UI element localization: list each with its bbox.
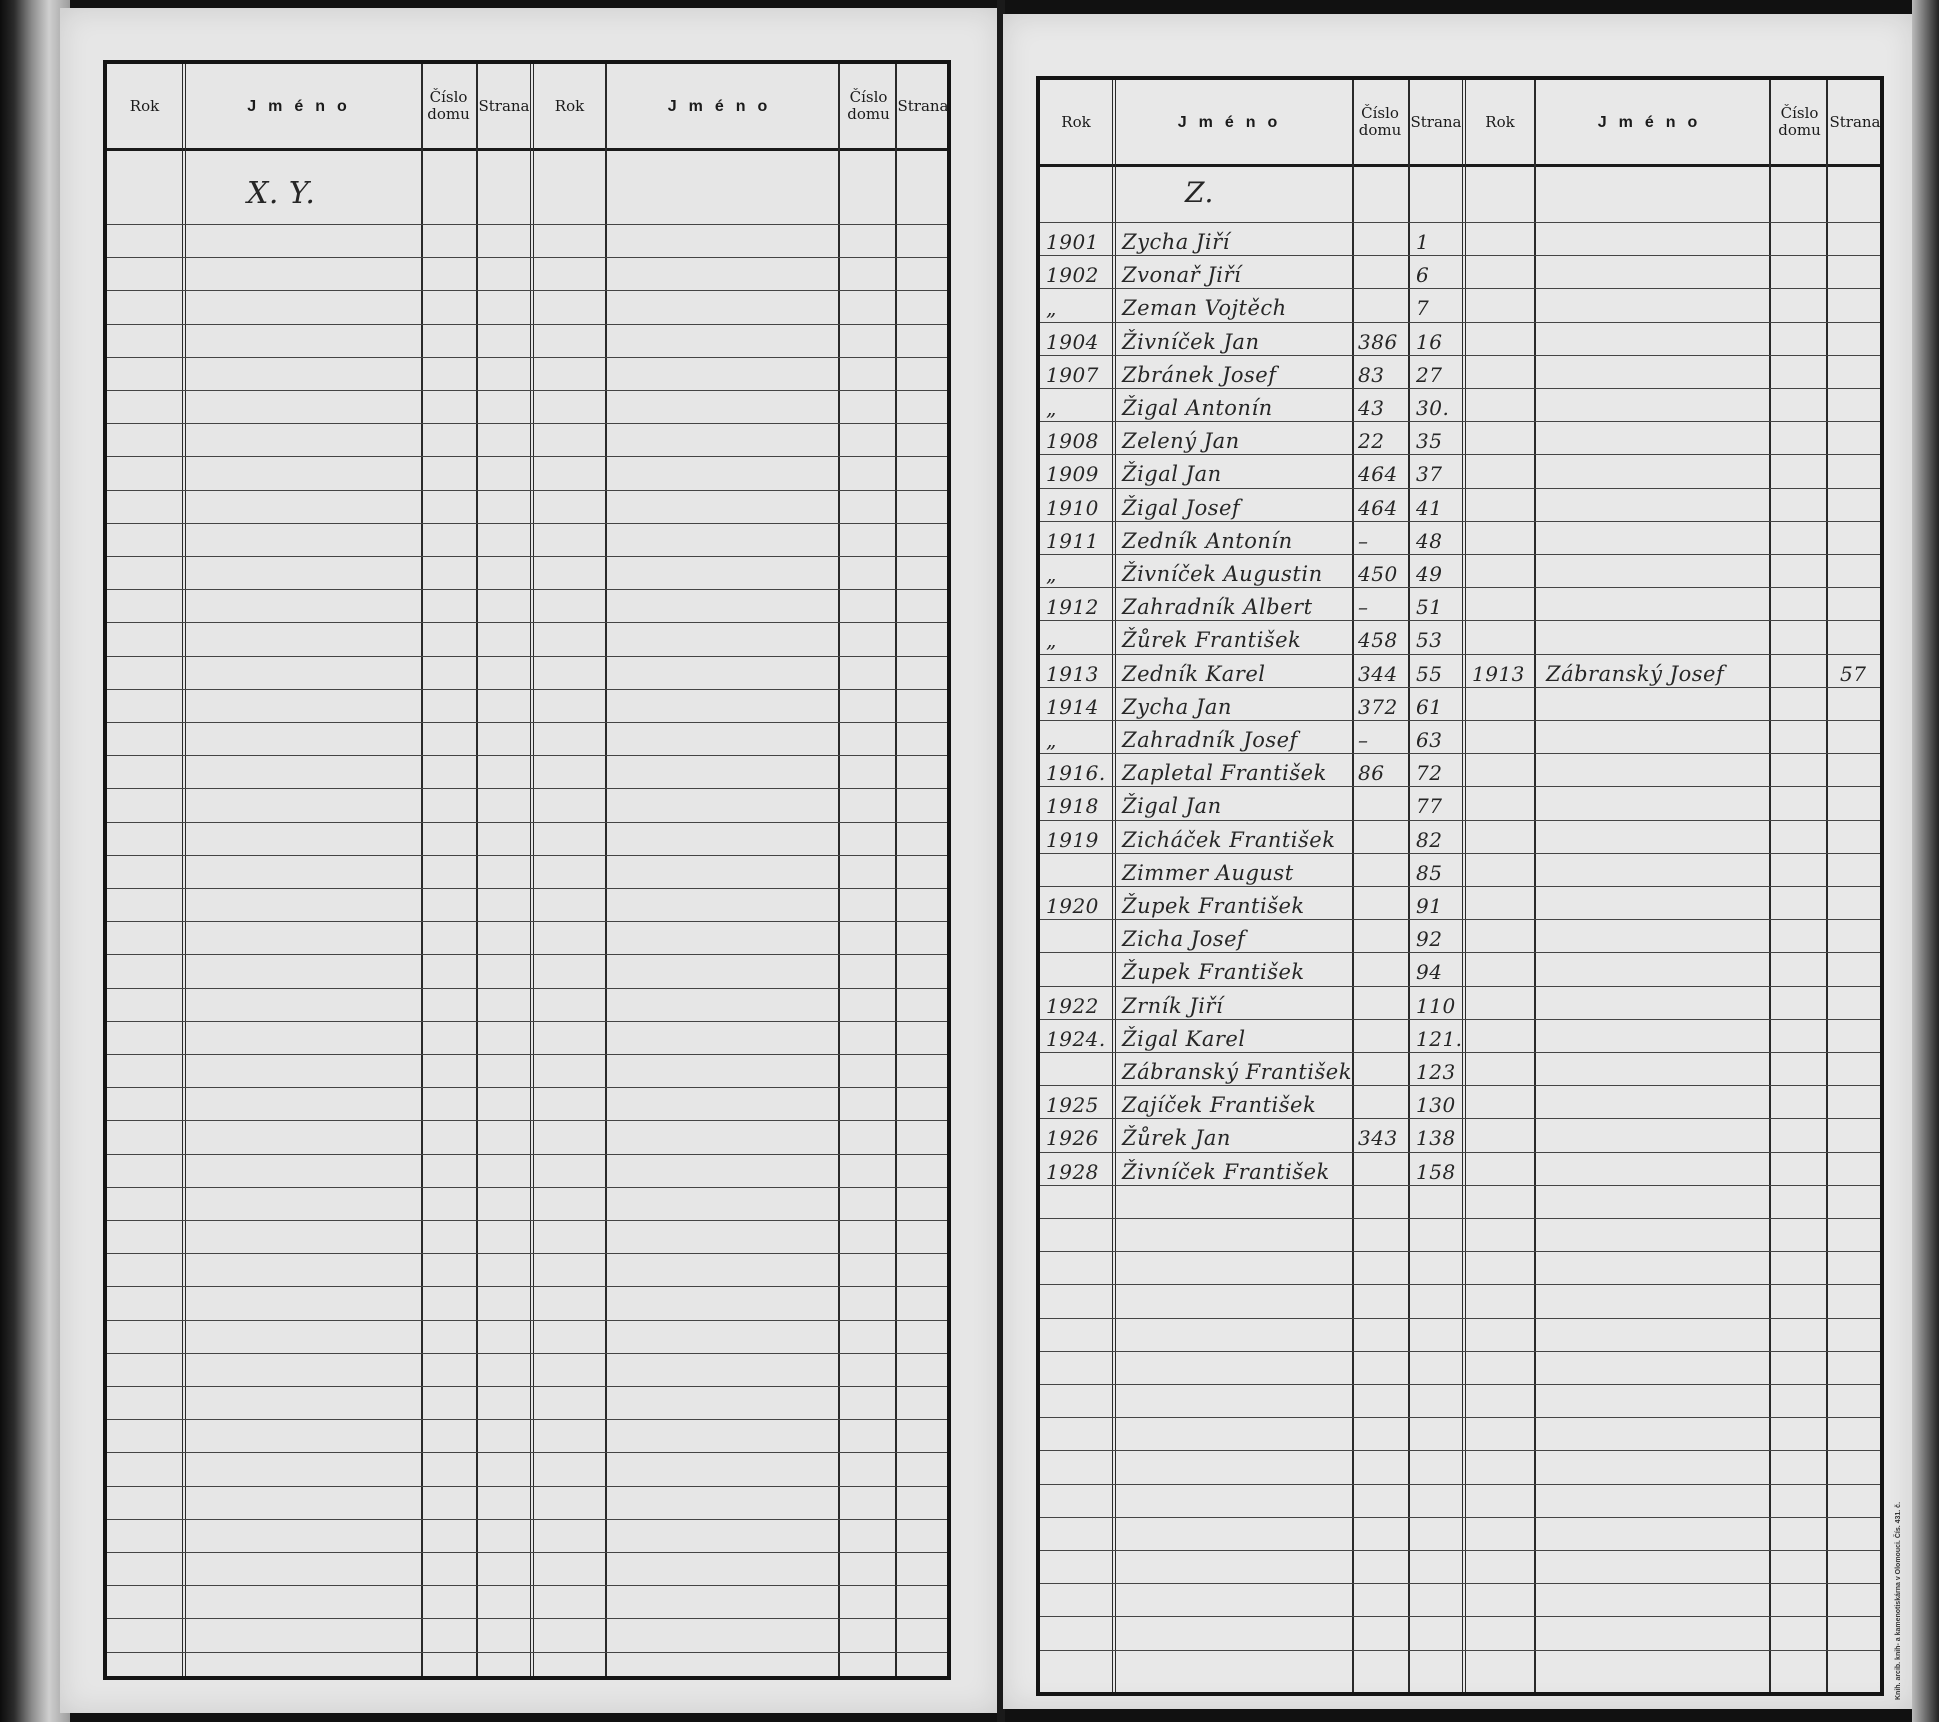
ruled-line [1040,587,1880,588]
entry-strana: 37 [1416,462,1442,486]
ruled-line [107,954,947,955]
ruled-line [107,1021,947,1022]
entry-strana: 61 [1416,695,1442,719]
entry-rok: „ [1046,296,1057,320]
entry-rok: 1911 [1046,529,1099,553]
entry-jmeno: Zrník Jiří [1122,994,1223,1018]
entry-cislo-domu: 43 [1358,396,1384,420]
ruled-line [107,689,947,690]
header-cislo-domu-2: Číslodomu [1771,80,1828,164]
entry-strana: 7 [1416,296,1429,320]
entry-strana: 53 [1416,628,1442,652]
ruled-line [107,523,947,524]
ruled-line [107,722,947,723]
entry-rok: 1901 [1046,230,1099,254]
ruled-line [1040,488,1880,489]
ruled-line [107,1519,947,1520]
entry-jmeno: Žigal Jan [1122,794,1222,818]
entry-jmeno: Zicháček František [1122,828,1335,852]
header-strana: Strana [476,64,532,148]
ruled-line [1040,986,1880,987]
entry-rok: „ [1046,396,1057,420]
entry-jmeno: Zahradník Albert [1122,595,1313,619]
header-label: Rok [555,98,584,115]
entry-strana: 91 [1416,894,1442,918]
header-label: domu [427,106,470,123]
right-section-letter: Z. [1185,176,1214,209]
entry-jmeno: Žigal Antonín [1122,396,1273,420]
entry-jmeno: Žigal Karel [1122,1027,1246,1051]
entry-jmeno: Zeman Vojtěch [1122,296,1287,320]
ruled-line [107,257,947,258]
entry-rok: 1926 [1046,1126,1099,1150]
entry-strana: 123 [1416,1060,1456,1084]
header-label: Jméno [1178,114,1290,131]
ruled-line [1040,255,1880,256]
entry-jmeno: Zimmer August [1122,861,1294,885]
entry-strana: 51 [1416,595,1442,619]
entry-strana: 41 [1416,496,1442,520]
entry-strana: 121. [1416,1027,1463,1051]
entry-jmeno: Zajíček František [1122,1093,1316,1117]
entry-cislo-domu: – [1358,595,1369,619]
entry-strana: 85 [1416,861,1442,885]
entry-jmeno: Zábranský František [1122,1060,1352,1084]
ruled-line [107,855,947,856]
header-rok-2: Rok [1464,80,1536,164]
entry-strana: 138 [1416,1126,1456,1150]
ruled-line [107,324,947,325]
entry-cislo-domu: 343 [1358,1126,1398,1150]
ruled-line [1040,1616,1880,1617]
ruled-line [1040,1019,1880,1020]
header-label: domu [1778,122,1821,139]
entry-jmeno: Zedník Antonín [1122,529,1293,553]
entry-strana: 82 [1416,828,1442,852]
ruled-line [107,1187,947,1188]
entry-jmeno: Zahradník Josef [1122,728,1298,752]
entry-rok: 1907 [1046,363,1099,387]
entry-strana: 130 [1416,1093,1456,1117]
entry-strana: 57 [1840,662,1866,686]
entry-strana: 16 [1416,330,1442,354]
ruled-line [107,788,947,789]
entry-strana: 1 [1416,230,1429,254]
entry-strana: 49 [1416,562,1442,586]
header-cislo-domu-2: Číslodomu [840,64,897,148]
entry-jmeno: Žůrek Jan [1122,1126,1231,1150]
ruled-line [107,1419,947,1420]
entry-jmeno: Zapletal František [1122,761,1327,785]
ruled-line [1040,288,1880,289]
entry-rok: 1913 [1046,662,1099,686]
ruled-line [1040,1284,1880,1285]
entry-jmeno: Živníček Augustin [1122,562,1323,586]
ruled-line [1040,421,1880,422]
ruled-line [1040,1251,1880,1252]
header-jmeno: Jméno [1115,80,1352,164]
header-label: Rok [1485,114,1514,131]
ruled-line [1040,1550,1880,1551]
entry-jmeno: Žůrek František [1122,628,1301,652]
right-ledger-table: Rok Jméno Číslodomu Strana Rok Jméno Čís… [1036,76,1884,1696]
ruled-line [107,1353,947,1354]
ruled-line [1040,1218,1880,1219]
entry-cislo-domu: 386 [1358,330,1398,354]
entry-cislo-domu: 464 [1358,462,1398,486]
ruled-line [107,423,947,424]
entry-cislo-domu: 86 [1358,761,1384,785]
header-label: Strana [478,98,529,115]
header-label: domu [1359,122,1402,139]
header-label: Jméno [668,98,780,115]
ruled-line [1040,1085,1880,1086]
ruled-line [107,1452,947,1453]
ruled-line [1040,222,1880,223]
entry-rok: 1912 [1046,595,1099,619]
ruled-line [107,755,947,756]
ruled-line [1040,1052,1880,1053]
entry-rok: 1910 [1046,496,1099,520]
entry-strana: 92 [1416,927,1442,951]
ruled-line [107,1552,947,1553]
header-label: Číslo [1361,105,1399,122]
ruled-line [107,224,947,225]
ruled-line [1040,1417,1880,1418]
ruled-line [107,888,947,889]
ruled-line [107,822,947,823]
entry-rok: 1909 [1046,462,1099,486]
ruled-line [107,1054,947,1055]
ruled-line [1040,1185,1880,1186]
entry-strana: 27 [1416,363,1442,387]
ruled-line [107,556,947,557]
left-section-letter: X. Y. [247,176,315,211]
entry-rok: 1914 [1046,695,1099,719]
ruled-line [1040,919,1880,920]
entry-cislo-domu: 464 [1358,496,1398,520]
ruled-line [1040,1118,1880,1119]
entry-cislo-domu: – [1358,529,1369,553]
entry-jmeno: Živníček Jan [1122,330,1259,354]
ruled-line [1040,1484,1880,1485]
ruled-line [1040,1450,1880,1451]
ruled-line [1040,753,1880,754]
ruled-line [107,1618,947,1619]
ruled-line [1040,322,1880,323]
entry-jmeno: Zycha Jiří [1122,230,1230,254]
entry-jmeno: Zelený Jan [1122,429,1240,453]
header-label: Jméno [1598,114,1710,131]
entry-strana: 72 [1416,761,1442,785]
entry-cislo-domu: 83 [1358,363,1384,387]
ruled-line [107,921,947,922]
ruled-line [107,290,947,291]
ruled-line [107,490,947,491]
entry-rok: 1904 [1046,330,1099,354]
entry-cislo-domu: – [1358,728,1369,752]
entry-strana: 55 [1416,662,1442,686]
entry-cislo-domu: 450 [1358,562,1398,586]
header-cislo-domu: Číslodomu [421,64,476,148]
header-jmeno: Jméno [185,64,421,148]
entry-jmeno: Župek František [1122,960,1305,984]
ruled-line [1040,1351,1880,1352]
ruled-line [1040,1384,1880,1385]
ruled-line [107,1120,947,1121]
header-strana-2: Strana [897,64,949,148]
entry-jmeno: Živníček František [1122,1160,1330,1184]
header-label: Strana [897,98,948,115]
ruled-line [107,1220,947,1221]
ruled-line [1040,886,1880,887]
entry-rok: 1913 [1472,662,1525,686]
ruled-line [1040,687,1880,688]
entry-jmeno: Zvonař Jiří [1122,263,1241,287]
header-jmeno-2: Jméno [1536,80,1771,164]
header-cislo-domu: Číslodomu [1352,80,1408,164]
ruled-line [107,656,947,657]
header-strana-2: Strana [1828,80,1882,164]
entry-rok: 1919 [1046,828,1099,852]
ruled-line [107,988,947,989]
ruled-line [1040,554,1880,555]
header-strana: Strana [1408,80,1464,164]
ruled-line [107,622,947,623]
ruled-line [1040,521,1880,522]
entry-cislo-domu: 22 [1358,429,1384,453]
entry-jmeno: Zbránek Josef [1122,363,1276,387]
header-label: Číslo [850,89,888,106]
ruled-line [1040,853,1880,854]
ruled-line [1040,355,1880,356]
header-label: domu [847,106,890,123]
printer-imprint: Knih. arcib. knih- a kamenotiskárna v Ol… [1895,1502,1902,1700]
entry-rok: 1916. [1046,761,1106,785]
header-label: Číslo [1781,105,1819,122]
entry-rok: 1924. [1046,1027,1106,1051]
ruled-line [1040,786,1880,787]
entry-cislo-domu: 344 [1358,662,1398,686]
header-label: Strana [1410,114,1461,131]
entry-jmeno: Žigal Josef [1122,496,1240,520]
entry-strana: 158 [1416,1160,1456,1184]
left-ledger-table: Rok Jméno Číslodomu Strana Rok Jméno Čís… [103,60,951,1680]
entry-jmeno: Zycha Jan [1122,695,1232,719]
table-header: Rok Jméno Číslodomu Strana Rok Jméno Čís… [107,64,947,151]
entry-rok: 1908 [1046,429,1099,453]
entry-jmeno: Župek František [1122,894,1305,918]
entry-strana: 35 [1416,429,1442,453]
ruled-line [1040,388,1880,389]
entry-rok: 1925 [1046,1093,1099,1117]
entry-strana: 110 [1416,994,1456,1018]
ruled-line [1040,1517,1880,1518]
ruled-line [1040,820,1880,821]
entry-cislo-domu: 372 [1358,695,1398,719]
entry-rok: 1918 [1046,794,1099,818]
ruled-line [107,1253,947,1254]
header-label: Jméno [247,98,359,115]
header-rok: Rok [107,64,182,148]
entry-rok: 1928 [1046,1160,1099,1184]
ruled-line [107,1154,947,1155]
entry-rok: „ [1046,728,1057,752]
ruled-line [107,390,947,391]
entry-jmeno: Žigal Jan [1122,462,1222,486]
entry-strana: 6 [1416,263,1429,287]
header-label: Rok [130,98,159,115]
entry-strana: 30. [1416,396,1449,420]
entry-strana: 94 [1416,960,1442,984]
entry-rok: 1922 [1046,994,1099,1018]
entry-strana: 77 [1416,794,1442,818]
ruled-line [1040,1318,1880,1319]
ruled-line [107,1585,947,1586]
table-header: Rok Jméno Číslodomu Strana Rok Jméno Čís… [1040,80,1880,167]
right-page-edge [1912,0,1939,1722]
ruled-line [107,589,947,590]
ruled-line [1040,952,1880,953]
entry-jmeno: Zábranský Josef [1546,662,1724,686]
ruled-line [107,357,947,358]
ruled-line [107,1320,947,1321]
entry-rok: 1920 [1046,894,1099,918]
ruled-line [107,1286,947,1287]
entry-jmeno: Zedník Karel [1122,662,1266,686]
ruled-line [1040,654,1880,655]
ruled-line [107,1087,947,1088]
entry-strana: 48 [1416,529,1442,553]
ruled-line [107,1486,947,1487]
entry-rok: 1902 [1046,263,1099,287]
ruled-line [1040,1152,1880,1153]
ruled-line [1040,1650,1880,1651]
ruled-line [107,1386,947,1387]
entry-rok: „ [1046,562,1057,586]
ruled-line [1040,720,1880,721]
ruled-line [107,1652,947,1653]
header-rok-2: Rok [532,64,607,148]
header-label: Rok [1061,114,1090,131]
ruled-line [1040,620,1880,621]
ruled-line [1040,454,1880,455]
header-label: Strana [1829,114,1880,131]
entry-strana: 63 [1416,728,1442,752]
entry-jmeno: Zicha Josef [1122,927,1245,951]
header-rok: Rok [1040,80,1112,164]
entry-rok: „ [1046,628,1057,652]
ruled-line [1040,1583,1880,1584]
header-jmeno-2: Jméno [607,64,840,148]
ruled-line [107,456,947,457]
header-label: Číslo [430,89,468,106]
entry-cislo-domu: 458 [1358,628,1398,652]
